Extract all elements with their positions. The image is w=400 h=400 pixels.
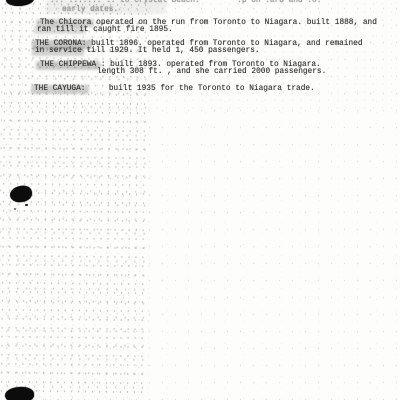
text-line-corona-2: in service till 1929. It held 1, 450 pas… <box>35 47 260 55</box>
ink-blob-top <box>6 0 35 7</box>
text-line-crystal-beach: ... ....... .. to Crystal Beach. .p on .… <box>50 0 321 5</box>
ink-speck <box>25 204 28 206</box>
ink-blob-bottom <box>4 386 34 400</box>
text-line-early-dates: early dates. <box>62 6 118 14</box>
scan-noise-top-band <box>0 0 400 110</box>
scan-noise-layer <box>0 0 400 400</box>
text-line-cayuga: THE CAYUGA: built 1935 for the Toronto t… <box>34 85 315 93</box>
scanned-document-page: ... ....... .. to Crystal Beach. .p on .… <box>0 0 400 400</box>
ink-blob-middle <box>9 185 33 204</box>
text-line-chicora-2: ran till it caught fire 1895. <box>37 26 173 34</box>
ink-speck <box>14 208 16 210</box>
text-line-chippewa-2: length 308 ft. , and she carried 2000 pa… <box>97 68 326 76</box>
